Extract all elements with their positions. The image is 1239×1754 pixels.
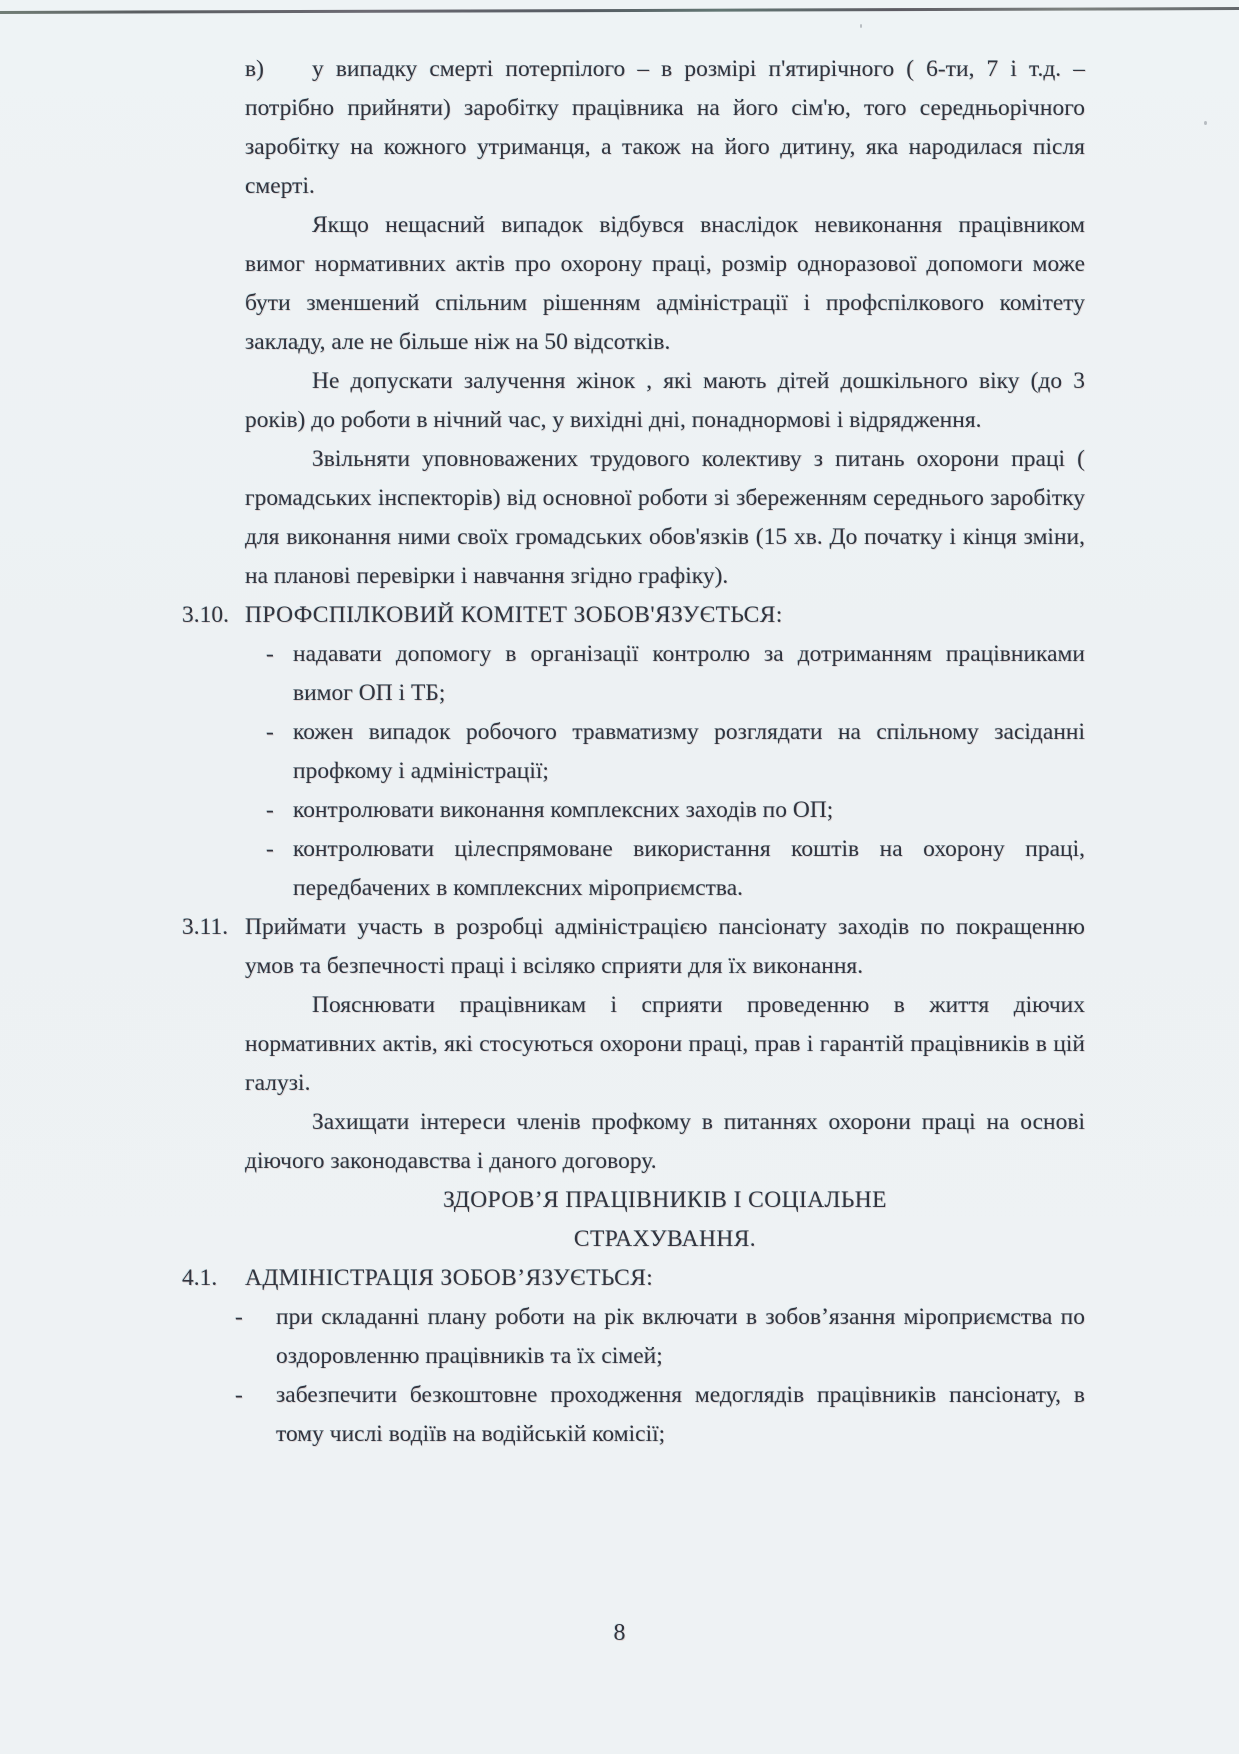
page-number: 8	[0, 1614, 1239, 1653]
page-content: в)у випадку смерті потерпілого – в розмі…	[245, 50, 1085, 1454]
dash-item-text: кожен випадок робочого травматизму розгл…	[293, 719, 1085, 784]
dash-item-text: при складанні плану роботи на рік включа…	[276, 1304, 1085, 1369]
dash-marker: -	[235, 1376, 243, 1415]
scan-edge-line	[0, 7, 1239, 14]
section-heading-health-line1: ЗДОРОВ’Я ПРАЦІВНИКІВ І СОЦІАЛЬНЕ	[245, 1181, 1085, 1220]
clause-3-10-number: 3.10.	[182, 596, 229, 635]
clause-3-11: 3.11. Приймати участь в розробці адмініс…	[245, 908, 1085, 986]
paragraph-women-night-work: Не допускати залучення жінок , які мають…	[245, 362, 1085, 440]
dash-marker: -	[266, 635, 274, 674]
clause-4-1-title: АДМІНІСТРАЦІЯ ЗОБОВ’ЯЗУЄТЬСЯ:	[245, 1265, 653, 1291]
dash-item-text: забезпечити безкоштовне проходження медо…	[276, 1382, 1085, 1447]
paragraph-accident-aid-reduction: Якщо нещасний випадок відбувся внаслідок…	[245, 206, 1085, 362]
dash-item-control-funds: -контролювати цілеспрямоване використанн…	[293, 830, 1085, 908]
clause-item-v-text: у випадку смерті потерпілого – в розмірі…	[245, 56, 1085, 199]
dash-item-injury-review: -кожен випадок робочого травматизму розг…	[293, 713, 1085, 791]
clause-4-1-number: 4.1.	[182, 1259, 217, 1298]
dash-marker: -	[266, 791, 274, 830]
document-page: в)у випадку смерті потерпілого – в розмі…	[0, 0, 1239, 1754]
clause-3-10-title: ПРОФСПІЛКОВИЙ КОМІТЕТ ЗОБОВ'ЯЗУЄТЬСЯ:	[245, 602, 783, 628]
dash-item-text: контролювати виконання комплексних заход…	[293, 797, 833, 823]
clause-3-10: 3.10. ПРОФСПІЛКОВИЙ КОМІТЕТ ЗОБОВ'ЯЗУЄТЬ…	[245, 596, 1085, 635]
dash-item-free-medical: -забезпечити безкоштовне проходження мед…	[276, 1376, 1085, 1454]
clause-4-1: 4.1. АДМІНІСТРАЦІЯ ЗОБОВ’ЯЗУЄТЬСЯ:	[245, 1259, 1085, 1298]
clause-item-v-label: в)	[245, 50, 312, 89]
scan-speck	[1204, 121, 1207, 125]
section-heading-health-line2: СТРАХУВАННЯ.	[245, 1220, 1085, 1259]
dash-item-year-plan: -при складанні плану роботи на рік включ…	[276, 1298, 1085, 1376]
dash-marker: -	[235, 1298, 243, 1337]
dash-item-assist-control: -надавати допомогу в організації контрол…	[293, 635, 1085, 713]
clause-item-v: в)у випадку смерті потерпілого – в розмі…	[245, 50, 1085, 206]
paragraph-explain-acts: Пояснювати працівникам і сприяти проведе…	[245, 986, 1085, 1103]
clause-3-11-number: 3.11.	[182, 908, 228, 947]
dash-marker: -	[266, 830, 274, 869]
dash-item-text: контролювати цілеспрямоване використання…	[293, 836, 1085, 901]
paragraph-defend-interests: Захищати інтереси членів профкому в пита…	[245, 1103, 1085, 1181]
paragraph-release-inspectors: Звільняти уповноважених трудового колект…	[245, 440, 1085, 596]
dash-item-control-measures: -контролювати виконання комплексних захо…	[293, 791, 1085, 830]
clause-3-11-text: Приймати участь в розробці адміністраціє…	[245, 914, 1085, 979]
dash-item-text: надавати допомогу в організації контролю…	[293, 641, 1085, 706]
scan-speck	[860, 24, 862, 28]
dash-marker: -	[266, 713, 274, 752]
